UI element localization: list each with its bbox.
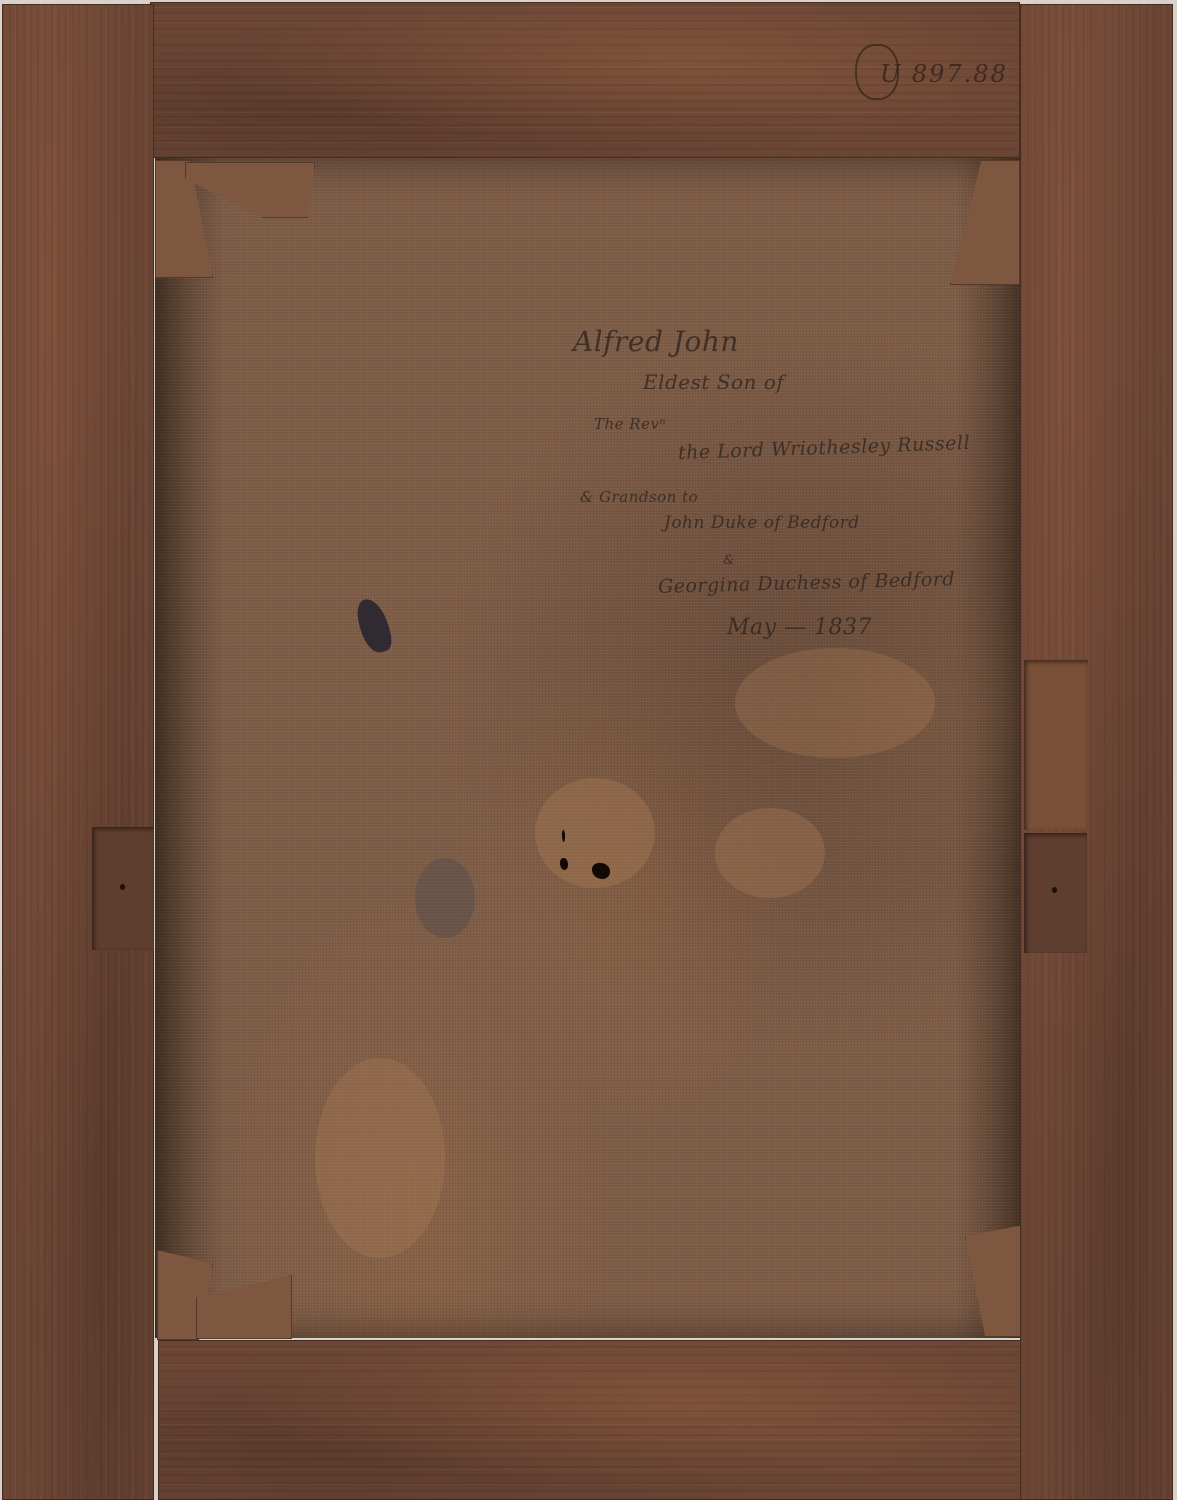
inscription-line-2: Eldest Son of [643,370,784,394]
inscription-line-3: The Revⁿ [594,415,666,433]
inscription-date: May — 1837 [727,615,872,640]
dark-stain [415,858,475,938]
inscription-line-7: & [723,553,735,568]
right-side-notch-upper [1024,660,1088,830]
nail-hole [120,884,125,890]
water-stain [735,648,935,758]
water-stain [715,808,825,898]
bottom-stretcher-bar [158,1340,1022,1500]
painting-back-photo: Alfred John Eldest Son of The Revⁿ the L… [0,0,1177,1500]
nail-hole [1052,887,1057,893]
inscription-line-1: Alfred John [573,325,739,358]
ink-blot [353,595,394,655]
inscription-line-5: & Grandson to [580,488,698,506]
left-stretcher-bar [2,4,154,1500]
inventory-number: U 897.88 [880,60,1008,88]
inscription-line-6: John Duke of Bedford [664,513,860,533]
canvas-tear [560,858,568,870]
canvas-tear [592,863,610,879]
water-stain [315,1058,445,1258]
canvas-tear [562,830,565,842]
right-side-notch-lower [1024,833,1087,953]
